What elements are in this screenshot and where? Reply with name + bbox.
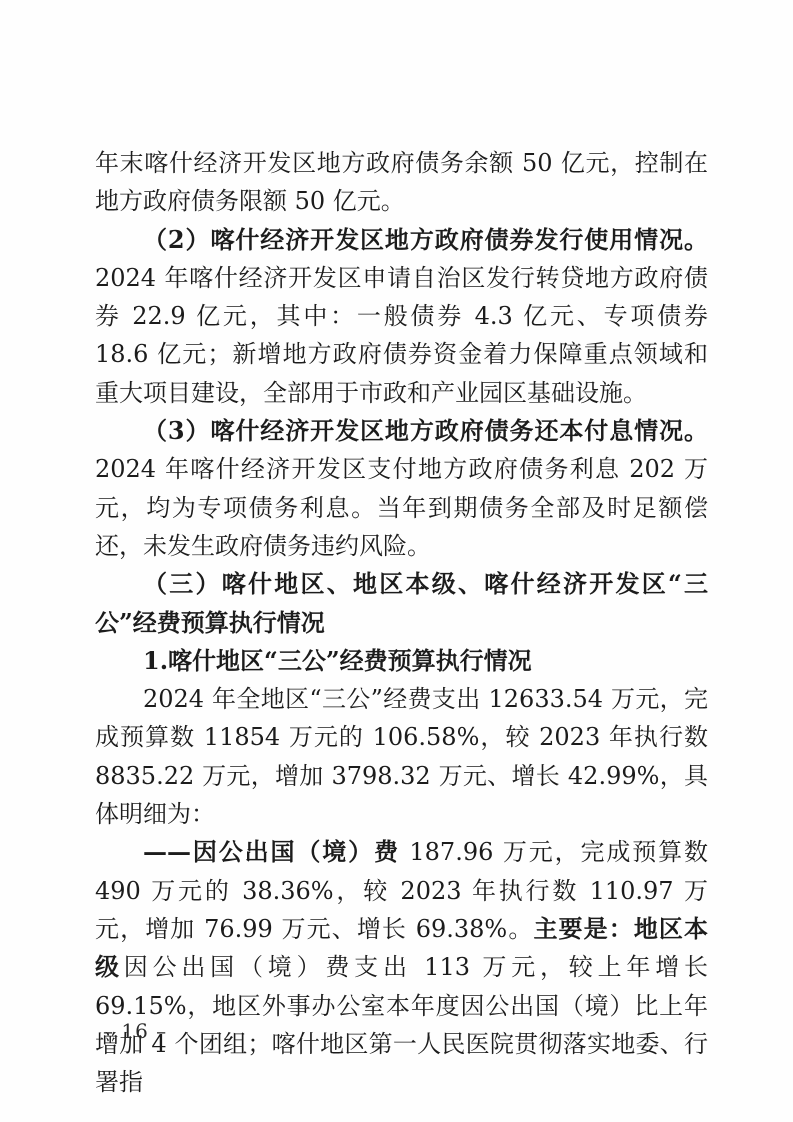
document-page: 年末喀什经济开发区地方政府债务余额 50 亿元，控制在地方政府债务限额 50 亿… [0,0,793,1122]
paragraph-bond-issuance-body: 2024 年喀什经济开发区申请自治区发行转贷地方政府债券 22.9 亿元，其中：… [95,264,708,407]
paragraph-bond-issuance-lead: （2）喀什经济开发区地方政府债券发行使用情况。 [143,225,708,254]
paragraph-expenditure-overview: 2024 年全地区“三公”经费支出 12633.54 万元，完成预算数 1185… [95,680,708,833]
paragraph-overseas-travel-lead: ——因公出国（境）费 [143,837,400,866]
paragraph-overseas-travel-expense: ——因公出国（境）费 187.96 万元，完成预算数 490 万元的 38.36… [95,833,708,1101]
subsection-heading-kashgar-region: 1.喀什地区“三公”经费预算执行情况 [95,642,708,680]
paragraph-overseas-travel-detail: 因公出国（境）费支出 113 万元，较上年增长 69.15%，地区外事办公室本年… [95,953,708,1096]
document-body: 年末喀什经济开发区地方政府债务余额 50 亿元，控制在地方政府债务限额 50 亿… [95,144,708,1101]
page-number: – 16 – [103,1019,167,1043]
section-heading-three-public-funds: （三）喀什地区、地区本级、喀什经济开发区“三公”经费预算执行情况 [95,565,708,642]
paragraph-debt-repayment: （3）喀什经济开发区地方政府债务还本付息情况。2024 年喀什经济开发区支付地方… [95,412,708,565]
paragraph-debt-repayment-lead: （3）喀什经济开发区地方政府债务还本付息情况。 [143,416,708,445]
paragraph-bond-issuance: （2）喀什经济开发区地方政府债券发行使用情况。2024 年喀什经济开发区申请自治… [95,221,708,412]
paragraph-debt-repayment-body: 2024 年喀什经济开发区支付地方政府债务利息 202 万元，均为专项债务利息。… [95,455,708,560]
paragraph-debt-balance: 年末喀什经济开发区地方政府债务余额 50 亿元，控制在地方政府债务限额 50 亿… [95,144,708,221]
